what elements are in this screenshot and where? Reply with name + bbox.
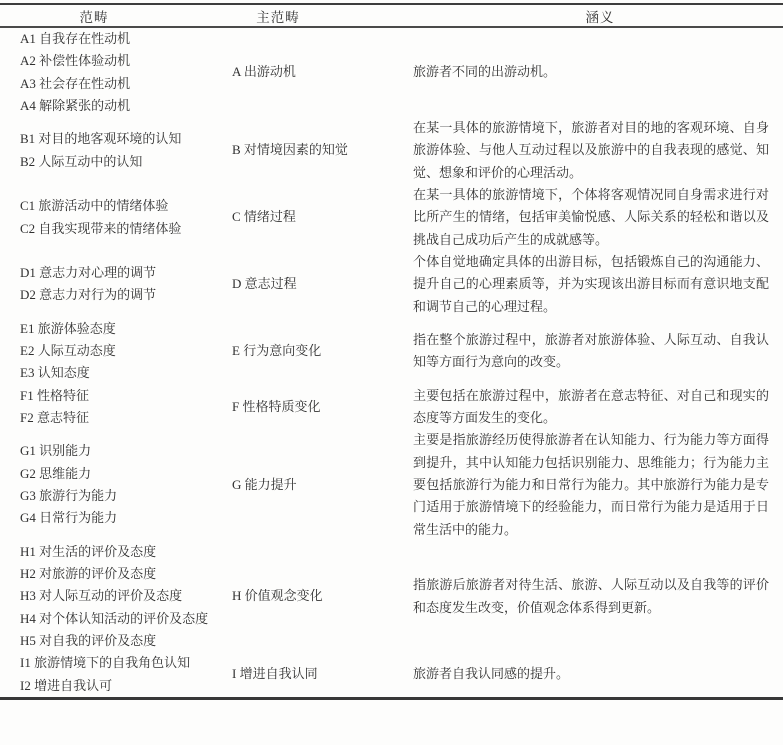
- table-row-ability: G1 识别能力 G2 思维能力 G3 旅游行为能力 G4 日常行为能力 G 能力…: [0, 429, 783, 540]
- category-item: I1 旅游情境下的自我角色认知: [20, 652, 232, 674]
- paper-table-page: 范畴 主范畴 涵义 A1 自我存在性动机 A2 补偿性体验动机 A3 社会存在性…: [0, 0, 783, 745]
- category-item: B2 人际互动中的认知: [20, 151, 232, 173]
- column-header-category: 范畴: [20, 6, 232, 26]
- category-item: H5 对自我的评价及态度: [20, 630, 232, 652]
- main-category: D 意志过程: [232, 273, 413, 295]
- category-item: G4 日常行为能力: [20, 507, 232, 529]
- meaning-text: 旅游者不同的出游动机。: [413, 61, 769, 83]
- column-header-meaning: 涵义: [413, 6, 769, 26]
- category-list: I1 旅游情境下的自我角色认知 I2 增进自我认可: [20, 652, 232, 697]
- category-list: G1 识别能力 G2 思维能力 G3 旅游行为能力 G4 日常行为能力: [20, 440, 232, 529]
- coding-category-table: 范畴 主范畴 涵义 A1 自我存在性动机 A2 补偿性体验动机 A3 社会存在性…: [0, 3, 783, 700]
- category-item: F1 性格特征: [20, 385, 232, 407]
- category-list: D1 意志力对心理的调节 D2 意志力对行为的调节: [20, 262, 232, 307]
- category-item: E2 人际互动态度: [20, 340, 232, 362]
- category-item: H2 对旅游的评价及态度: [20, 563, 232, 585]
- category-item: B1 对目的地客观环境的认知: [20, 128, 232, 150]
- table-row-motivation: A1 自我存在性动机 A2 补偿性体验动机 A3 社会存在性动机 A4 解除紧张…: [0, 28, 783, 117]
- category-item: I2 增进自我认可: [20, 675, 232, 697]
- meaning-text: 指旅游后旅游者对待生活、旅游、人际互动以及自我等的评价和态度发生改变，价值观念体…: [413, 574, 769, 619]
- table-row-personality: F1 性格特征 F2 意志特征 F 性格特质变化 主要包括在旅游过程中，旅游者在…: [0, 385, 783, 430]
- main-category: B 对情境因素的知觉: [232, 139, 413, 161]
- category-list: E1 旅游体验态度 E2 人际互动态度 E3 认知态度: [20, 318, 232, 385]
- category-item: A3 社会存在性动机: [20, 73, 232, 95]
- category-item: A2 补偿性体验动机: [20, 50, 232, 72]
- category-list: F1 性格特征 F2 意志特征: [20, 385, 232, 430]
- category-item: C2 自我实现带来的情绪体验: [20, 218, 232, 240]
- category-item: C1 旅游活动中的情绪体验: [20, 195, 232, 217]
- category-item: G2 思维能力: [20, 463, 232, 485]
- column-header-main-category: 主范畴: [232, 6, 413, 26]
- table-row-emotion: C1 旅游活动中的情绪体验 C2 自我实现带来的情绪体验 C 情绪过程 在某一具…: [0, 184, 783, 251]
- category-item: G1 识别能力: [20, 440, 232, 462]
- category-list: C1 旅游活动中的情绪体验 C2 自我实现带来的情绪体验: [20, 195, 232, 240]
- main-category: H 价值观念变化: [232, 585, 413, 607]
- category-item: A1 自我存在性动机: [20, 28, 232, 50]
- category-item: H3 对人际互动的评价及态度: [20, 585, 232, 607]
- category-item: D1 意志力对心理的调节: [20, 262, 232, 284]
- table-body: A1 自我存在性动机 A2 补偿性体验动机 A3 社会存在性动机 A4 解除紧张…: [0, 28, 783, 700]
- main-category: I 增进自我认同: [232, 663, 413, 685]
- main-category: C 情绪过程: [232, 206, 413, 228]
- category-list: H1 对生活的评价及态度 H2 对旅游的评价及态度 H3 对人际互动的评价及态度…: [20, 541, 232, 652]
- table-row-self-identity: I1 旅游情境下的自我角色认知 I2 增进自我认可 I 增进自我认同 旅游者自我…: [0, 652, 783, 697]
- category-item: H1 对生活的评价及态度: [20, 541, 232, 563]
- category-list: A1 自我存在性动机 A2 补偿性体验动机 A3 社会存在性动机 A4 解除紧张…: [20, 28, 232, 117]
- meaning-text: 在某一具体的旅游情境下，个体将客观情况同自身需求进行对比所产生的情绪，包括审美愉…: [413, 184, 769, 251]
- meaning-text: 主要是指旅游经历使得旅游者在认知能力、行为能力等方面得到提升，其中认知能力包括识…: [413, 429, 769, 540]
- category-item: H4 对个体认知活动的评价及态度: [20, 608, 232, 630]
- table-row-values: H1 对生活的评价及态度 H2 对旅游的评价及态度 H3 对人际互动的评价及态度…: [0, 541, 783, 652]
- category-item: G3 旅游行为能力: [20, 485, 232, 507]
- table-row-perception: B1 对目的地客观环境的认知 B2 人际互动中的认知 B 对情境因素的知觉 在某…: [0, 117, 783, 184]
- meaning-text: 在某一具体的旅游情境下，旅游者对目的地的客观环境、自身旅游体验、与他人互动过程以…: [413, 117, 769, 184]
- category-item: E1 旅游体验态度: [20, 318, 232, 340]
- main-category: G 能力提升: [232, 474, 413, 496]
- main-category: F 性格特质变化: [232, 396, 413, 418]
- category-item: D2 意志力对行为的调节: [20, 284, 232, 306]
- meaning-text: 主要包括在旅游过程中，旅游者在意志特征、对自己和现实的态度等方面发生的变化。: [413, 385, 769, 430]
- table-header-row: 范畴 主范畴 涵义: [0, 3, 783, 28]
- main-category: A 出游动机: [232, 61, 413, 83]
- category-item: A4 解除紧张的动机: [20, 95, 232, 117]
- meaning-text: 旅游者自我认同感的提升。: [413, 663, 769, 685]
- category-item: E3 认知态度: [20, 362, 232, 384]
- category-item: F2 意志特征: [20, 407, 232, 429]
- meaning-text: 个体自觉地确定具体的出游目标，包括锻炼自己的沟通能力、提升自己的心理素质等，并为…: [413, 251, 769, 318]
- table-row-behavior-intention: E1 旅游体验态度 E2 人际互动态度 E3 认知态度 E 行为意向变化 指在整…: [0, 318, 783, 385]
- main-category: E 行为意向变化: [232, 340, 413, 362]
- category-list: B1 对目的地客观环境的认知 B2 人际互动中的认知: [20, 128, 232, 173]
- table-row-will: D1 意志力对心理的调节 D2 意志力对行为的调节 D 意志过程 个体自觉地确定…: [0, 251, 783, 318]
- meaning-text: 指在整个旅游过程中，旅游者对旅游体验、人际互动、自我认知等方面行为意向的改变。: [413, 329, 769, 374]
